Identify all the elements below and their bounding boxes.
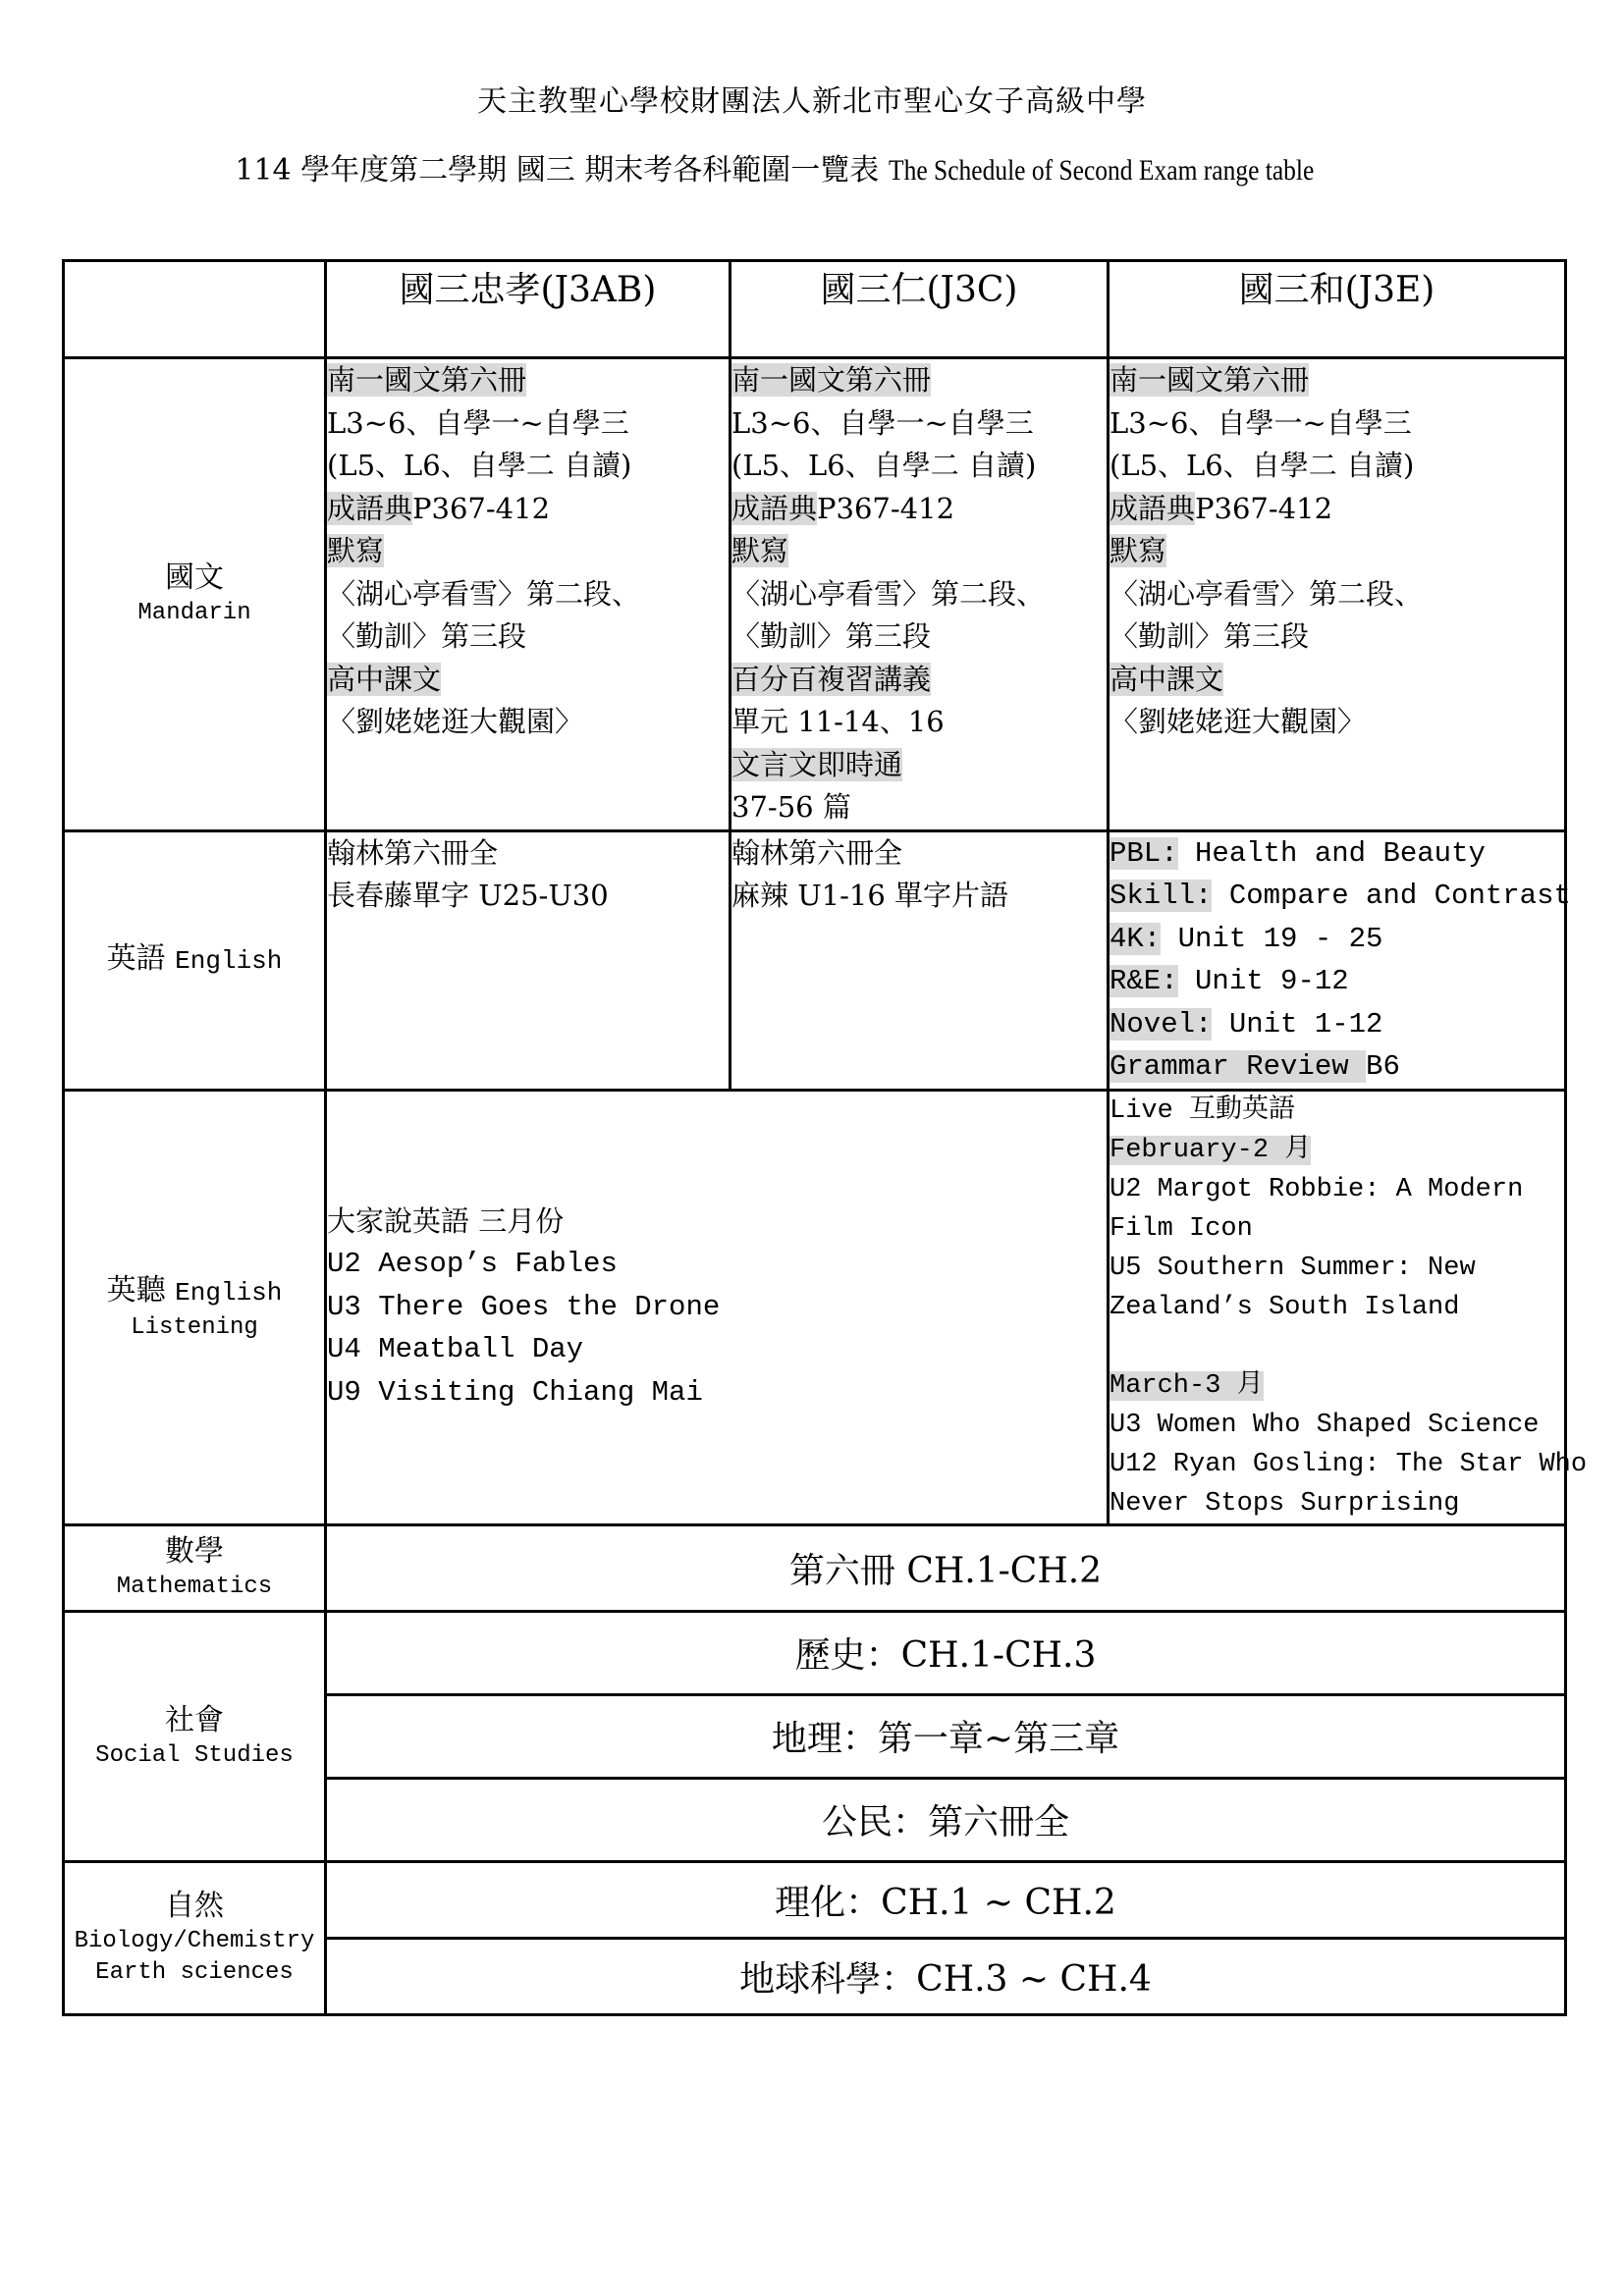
range-text: Unit 19 - 25 (1161, 923, 1382, 955)
range-line: U3 There Goes the Drone (327, 1286, 1107, 1329)
range-line: 〈劉姥姥逛大觀園〉 (327, 701, 729, 744)
range-line: 〈劉姥姥逛大觀園〉 (1110, 701, 1564, 744)
subject-label-zh: 英語 (107, 941, 166, 976)
subject-label-en: English (175, 1278, 282, 1308)
english-j3e-cell: PBL: Health and Beauty Skill: Compare an… (1109, 830, 1566, 1090)
spacer (1110, 1327, 1564, 1366)
range-text: Unit 1-12 (1212, 1008, 1382, 1041)
highlight-text: 4K: (1110, 923, 1161, 955)
range-line: 〈湖心亭看雪〉第二段、 (1110, 573, 1564, 616)
highlight-text: 默寫 (327, 534, 384, 567)
highlight-text: 成語典 (731, 492, 817, 525)
range-line: 〈湖心亭看雪〉第二段、 (327, 573, 729, 616)
highlight-text: 文言文即時通 (731, 748, 902, 781)
range-line: U3 Women Who Shaped Science (1110, 1406, 1564, 1445)
subject-label-en: Social Studies (65, 1740, 324, 1772)
subject-label-en: English (175, 946, 282, 976)
highlight-text: R&E: (1110, 965, 1178, 997)
range-line: Film Icon (1110, 1209, 1564, 1249)
range-line: (L5、L6、自學二 自讀) (1110, 445, 1564, 488)
subject-label-zh: 英聽 (107, 1273, 166, 1308)
highlight-text: 高中課文 (327, 663, 441, 696)
subject-label-en: Mathematics (65, 1572, 324, 1603)
subject-label-zh: 社會 (165, 1703, 224, 1737)
table-row-social-history: 社會 Social Studies 歷史：CH.1-CH.3 (64, 1611, 1566, 1694)
range-line: 〈勤訓〉第三段 (731, 615, 1107, 659)
range-text: P367-412 (817, 492, 954, 525)
range-line: U5 Southern Summer: New (1110, 1249, 1564, 1288)
document-title-zh: 114 學年度第二學期 國三 期末考各科範圍一覽表 (235, 153, 879, 187)
range-line: L3~6、自學一~自學三 (731, 402, 1107, 446)
subject-label-en: Biology/Chemistry (65, 1926, 324, 1957)
range-line: 翰林第六冊全 (731, 832, 1107, 876)
highlight-text: February-2 月 (1110, 1136, 1311, 1165)
school-name: 天主教聖心學校財團法人新北市聖心女子高級中學 (0, 77, 1624, 120)
range-text: P367-412 (412, 492, 550, 525)
subject-social: 社會 Social Studies (64, 1611, 326, 1861)
subject-label-zh: 國文 (165, 561, 224, 595)
highlight-text: PBL: (1110, 837, 1178, 870)
highlight-text: 南一國文第六冊 (327, 363, 526, 397)
table-row-science-physchem: 自然 Biology/Chemistry Earth sciences 理化：C… (64, 1861, 1566, 1938)
highlight-text: March-3 月 (1110, 1371, 1264, 1401)
mandarin-j3e-cell: 南一國文第六冊 L3~6、自學一~自學三 (L5、L6、自學二 自讀) 成語典P… (1109, 358, 1566, 831)
header-corner-cell (64, 261, 326, 358)
listening-j3ab-j3c-cell: 大家說英語 三月份 U2 Aesop’s Fables U3 There Goe… (326, 1090, 1109, 1524)
table-row-english: 英語 English 翰林第六冊全 長春藤單字 U25-U30 翰林第六冊全 麻… (64, 830, 1566, 1090)
range-line: 〈湖心亭看雪〉第二段、 (731, 573, 1107, 616)
subject-mandarin: 國文 Mandarin (64, 358, 326, 831)
range-line: 麻辣 U1-16 單字片語 (731, 875, 1107, 918)
history-range-cell: 歷史：CH.1-CH.3 (326, 1611, 1566, 1694)
subject-label-en-2: Earth sciences (65, 1957, 324, 1989)
document-title: 114 學年度第二學期 國三 期末考各科範圍一覽表 The Schedule o… (0, 145, 1624, 188)
range-line: Never Stops Surprising (1110, 1484, 1564, 1523)
physics-chemistry-range-cell: 理化：CH.1 ~ CH.2 (326, 1861, 1566, 1938)
range-line: L3~6、自學一~自學三 (327, 402, 729, 446)
header-j3ab: 國三忠孝(J3AB) (326, 261, 731, 358)
highlight-text: 成語典 (1110, 492, 1195, 525)
range-line: Live 互動英語 (1110, 1092, 1564, 1131)
exam-range-table: 國三忠孝(J3AB) 國三仁(J3C) 國三和(J3E) 國文 Mandarin… (62, 259, 1567, 2016)
range-line: Zealand’s South Island (1110, 1288, 1564, 1327)
highlight-text: 成語典 (327, 492, 412, 525)
range-text: Compare and Contrast (1212, 880, 1570, 912)
table-row-mandarin: 國文 Mandarin 南一國文第六冊 L3~6、自學一~自學三 (L5、L6、… (64, 358, 1566, 831)
math-range-cell: 第六冊 CH.1-CH.2 (326, 1524, 1566, 1611)
range-line: 37-56 篇 (731, 786, 1107, 829)
highlight-text: Skill: (1110, 880, 1212, 912)
listening-j3e-cell: Live 互動英語 February-2 月 U2 Margot Robbie:… (1109, 1090, 1566, 1524)
table-row-listening: 英聽 English Listening 大家說英語 三月份 U2 Aesop’… (64, 1090, 1566, 1524)
range-line: U2 Margot Robbie: A Modern (1110, 1170, 1564, 1209)
subject-listening: 英聽 English Listening (64, 1090, 326, 1524)
range-line: U9 Visiting Chiang Mai (327, 1371, 1107, 1415)
range-text: B6 (1366, 1050, 1400, 1083)
subject-english: 英語 English (64, 830, 326, 1090)
earth-science-range-cell: 地球科學：CH.3 ~ CH.4 (326, 1938, 1566, 2014)
header-j3e: 國三和(J3E) (1109, 261, 1566, 358)
english-j3c-cell: 翰林第六冊全 麻辣 U1-16 單字片語 (731, 830, 1109, 1090)
range-line: 翰林第六冊全 (327, 832, 729, 876)
highlight-text: Novel: (1110, 1008, 1212, 1041)
highlight-text: 默寫 (1110, 534, 1166, 567)
range-line: 〈勤訓〉第三段 (327, 615, 729, 659)
range-line: 長春藤單字 U25-U30 (327, 875, 729, 918)
highlight-text: 默寫 (731, 534, 788, 567)
english-j3ab-cell: 翰林第六冊全 長春藤單字 U25-U30 (326, 830, 731, 1090)
range-line: (L5、L6、自學二 自讀) (327, 445, 729, 488)
highlight-text: 南一國文第六冊 (731, 363, 931, 397)
mandarin-j3c-cell: 南一國文第六冊 L3~6、自學一~自學三 (L5、L6、自學二 自讀) 成語典P… (731, 358, 1109, 831)
range-text: P367-412 (1195, 492, 1332, 525)
subject-label-zh: 自然 (165, 1889, 224, 1923)
range-line: L3~6、自學一~自學三 (1110, 402, 1564, 446)
header-j3c: 國三仁(J3C) (731, 261, 1109, 358)
range-text: Unit 9-12 (1178, 965, 1349, 997)
highlight-text: 高中課文 (1110, 663, 1223, 696)
table-row-math: 數學 Mathematics 第六冊 CH.1-CH.2 (64, 1524, 1566, 1611)
subject-math: 數學 Mathematics (64, 1524, 326, 1611)
range-line: (L5、L6、自學二 自讀) (731, 445, 1107, 488)
subject-label-en-2: Listening (65, 1312, 324, 1344)
civics-range-cell: 公民：第六冊全 (326, 1778, 1566, 1861)
geography-range-cell: 地理：第一章~第三章 (326, 1694, 1566, 1778)
highlight-text: 南一國文第六冊 (1110, 363, 1309, 397)
range-line: U4 Meatball Day (327, 1328, 1107, 1371)
range-line: U12 Ryan Gosling: The Star Who (1110, 1445, 1564, 1484)
range-line: U2 Aesop’s Fables (327, 1243, 1107, 1286)
range-line: 大家說英語 三月份 (327, 1201, 1107, 1244)
subject-label-zh: 數學 (165, 1534, 224, 1569)
table-header-row: 國三忠孝(J3AB) 國三仁(J3C) 國三和(J3E) (64, 261, 1566, 358)
mandarin-j3ab-cell: 南一國文第六冊 L3~6、自學一~自學三 (L5、L6、自學二 自讀) 成語典P… (326, 358, 731, 831)
range-line: 單元 11-14、16 (731, 701, 1107, 744)
subject-label-en: Mandarin (65, 598, 324, 629)
subject-science: 自然 Biology/Chemistry Earth sciences (64, 1861, 326, 2014)
highlight-text: 百分百複習講義 (731, 663, 931, 696)
range-line: 〈勤訓〉第三段 (1110, 615, 1564, 659)
document-title-en: The Schedule of Second Exam range table (889, 154, 1314, 187)
highlight-text: Grammar Review (1110, 1050, 1366, 1083)
range-text: Health and Beauty (1178, 837, 1486, 870)
